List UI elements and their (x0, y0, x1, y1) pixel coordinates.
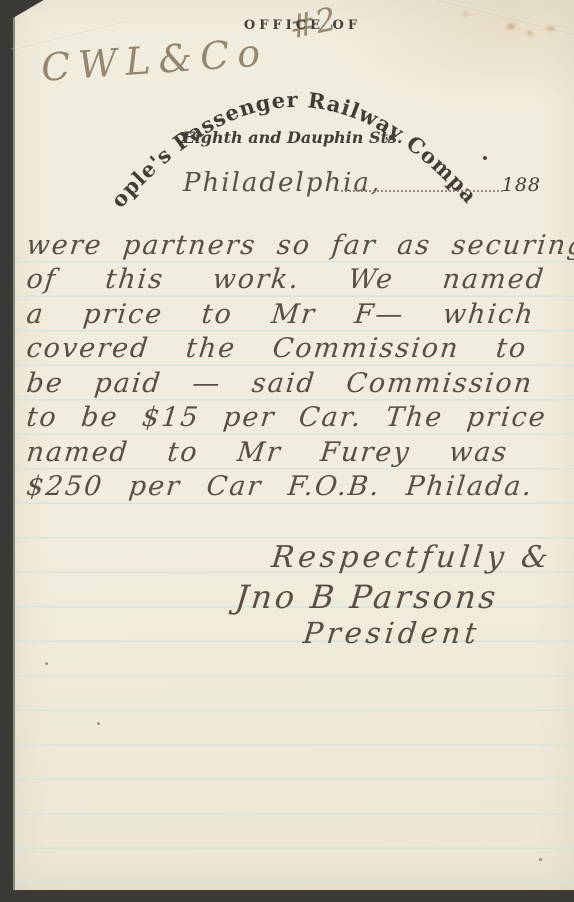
handwritten-line: be paid — said Commission (25, 368, 535, 399)
signature-title: President (250, 616, 534, 650)
ink-dot (483, 156, 487, 160)
handwritten-line: to be $15 per Car. The price (25, 402, 548, 433)
ink-speck (97, 722, 100, 725)
foxing-stain (463, 12, 468, 16)
year-prefix: 188 (502, 174, 541, 196)
handwritten-line: named to Mr Furey was (25, 437, 510, 468)
handwritten-line: were partners so far as securing (25, 230, 574, 261)
photo-background: { "colors":{ "surround":"#3c3a37", "pape… (0, 0, 574, 902)
handwritten-line: covered the Commission to (25, 333, 529, 364)
handwritten-line: $250 per Car F.O.B. Philada. (25, 471, 535, 502)
handwritten-line: a price to Mr F— which (25, 299, 536, 330)
dateline: Philadelphia, 188 (183, 160, 555, 200)
letter-paper: CWL&Co #2 OFFICE OF People's Passenger R… (13, 0, 574, 890)
street-address: Eighth and Dauphin Sts. (13, 128, 572, 147)
signature-closing: Respectfully & (245, 540, 574, 575)
ink-speck (539, 858, 542, 861)
handwritten-line: of this work. We named (25, 264, 547, 295)
paper-corner-clip (13, 0, 47, 18)
office-of-label: OFFICE OF (23, 18, 574, 33)
date-blank-line (341, 190, 503, 192)
signature-name: Jno B Parsons (155, 578, 574, 616)
ink-speck (45, 662, 48, 665)
city-label: Philadelphia, (183, 168, 381, 198)
